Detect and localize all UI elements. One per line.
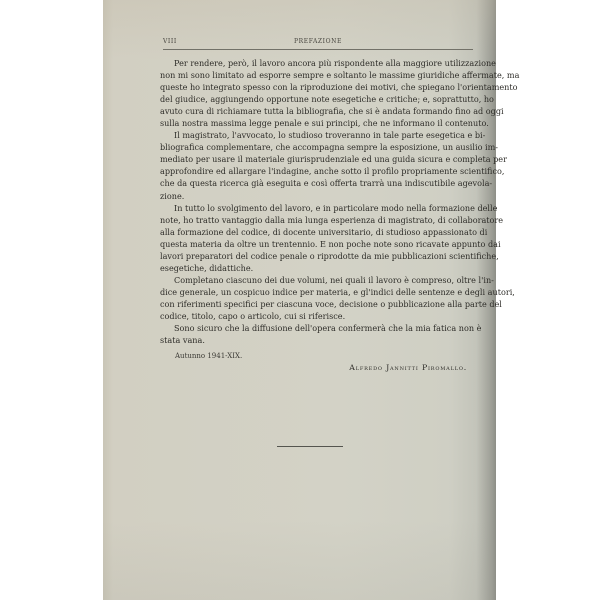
text-line: con riferimenti specifici per ciascuna v…	[160, 298, 474, 310]
paragraph: In tutto lo svolgimento del lavoro, e in…	[160, 202, 474, 274]
paragraph: Il magistrato, l'avvocato, lo studioso t…	[160, 129, 474, 201]
text-line: avuto cura di richiamare tutta la biblio…	[160, 105, 474, 117]
text-line: Sono sicuro che la diffusione dell'opera…	[160, 322, 474, 334]
text-line: queste ho integrato spesso con la riprod…	[160, 81, 474, 93]
text-line: che da questa ricerca già eseguita e cos…	[160, 177, 474, 189]
text-line: questa materia da oltre un trentennio. E…	[160, 238, 474, 250]
text-line: stata vana.	[160, 334, 474, 346]
paragraph: Sono sicuro che la diffusione dell'opera…	[160, 322, 474, 346]
text-line: Il magistrato, l'avvocato, lo studioso t…	[160, 129, 474, 141]
text-line: note, ho tratto vantaggio dalla mia lung…	[160, 214, 474, 226]
text-line: In tutto lo svolgimento del lavoro, e in…	[160, 202, 474, 214]
text-line: zione.	[160, 190, 474, 202]
text-line: sulla nostra massima legge penale e sui …	[160, 117, 474, 129]
book-page: VIII PREFAZIONE Per rendere, però, il la…	[103, 0, 496, 600]
text-line: alla formazione del codice, di docente u…	[160, 226, 474, 238]
page-header: VIII PREFAZIONE	[163, 38, 473, 50]
text-line: codice, titolo, capo o articolo, cui si …	[160, 310, 474, 322]
text-line: Completano ciascuno dei due volumi, nei …	[160, 274, 474, 286]
text-line: del giudice, aggiungendo opportune note …	[160, 93, 474, 105]
text-line: non mi sono limitato ad esporre sempre e…	[160, 69, 474, 81]
closing-rule	[277, 446, 343, 447]
text-line: esegetiche, didattiche.	[160, 262, 474, 274]
paragraph: Completano ciascuno dei due volumi, nei …	[160, 274, 474, 322]
signature-author: Alfredo Jannitti Piromallo.	[349, 363, 467, 372]
paragraph: Per rendere, però, il lavoro ancora più …	[160, 57, 474, 129]
signature-place-date: Autunno 1941-XIX.	[175, 352, 242, 360]
preface-body: Per rendere, però, il lavoro ancora più …	[160, 57, 474, 346]
text-line: approfondire ed allargare l'indagine, an…	[160, 165, 474, 177]
text-line: Per rendere, però, il lavoro ancora più …	[160, 57, 474, 69]
text-line: bliografica complementare, che accompagn…	[160, 141, 474, 153]
text-line: dice generale, un cospicuo indice per ma…	[160, 286, 474, 298]
running-title: PREFAZIONE	[163, 38, 473, 45]
text-line: lavori preparatori del codice penale o r…	[160, 250, 474, 262]
text-line: mediato per usare il materiale giurispru…	[160, 153, 474, 165]
